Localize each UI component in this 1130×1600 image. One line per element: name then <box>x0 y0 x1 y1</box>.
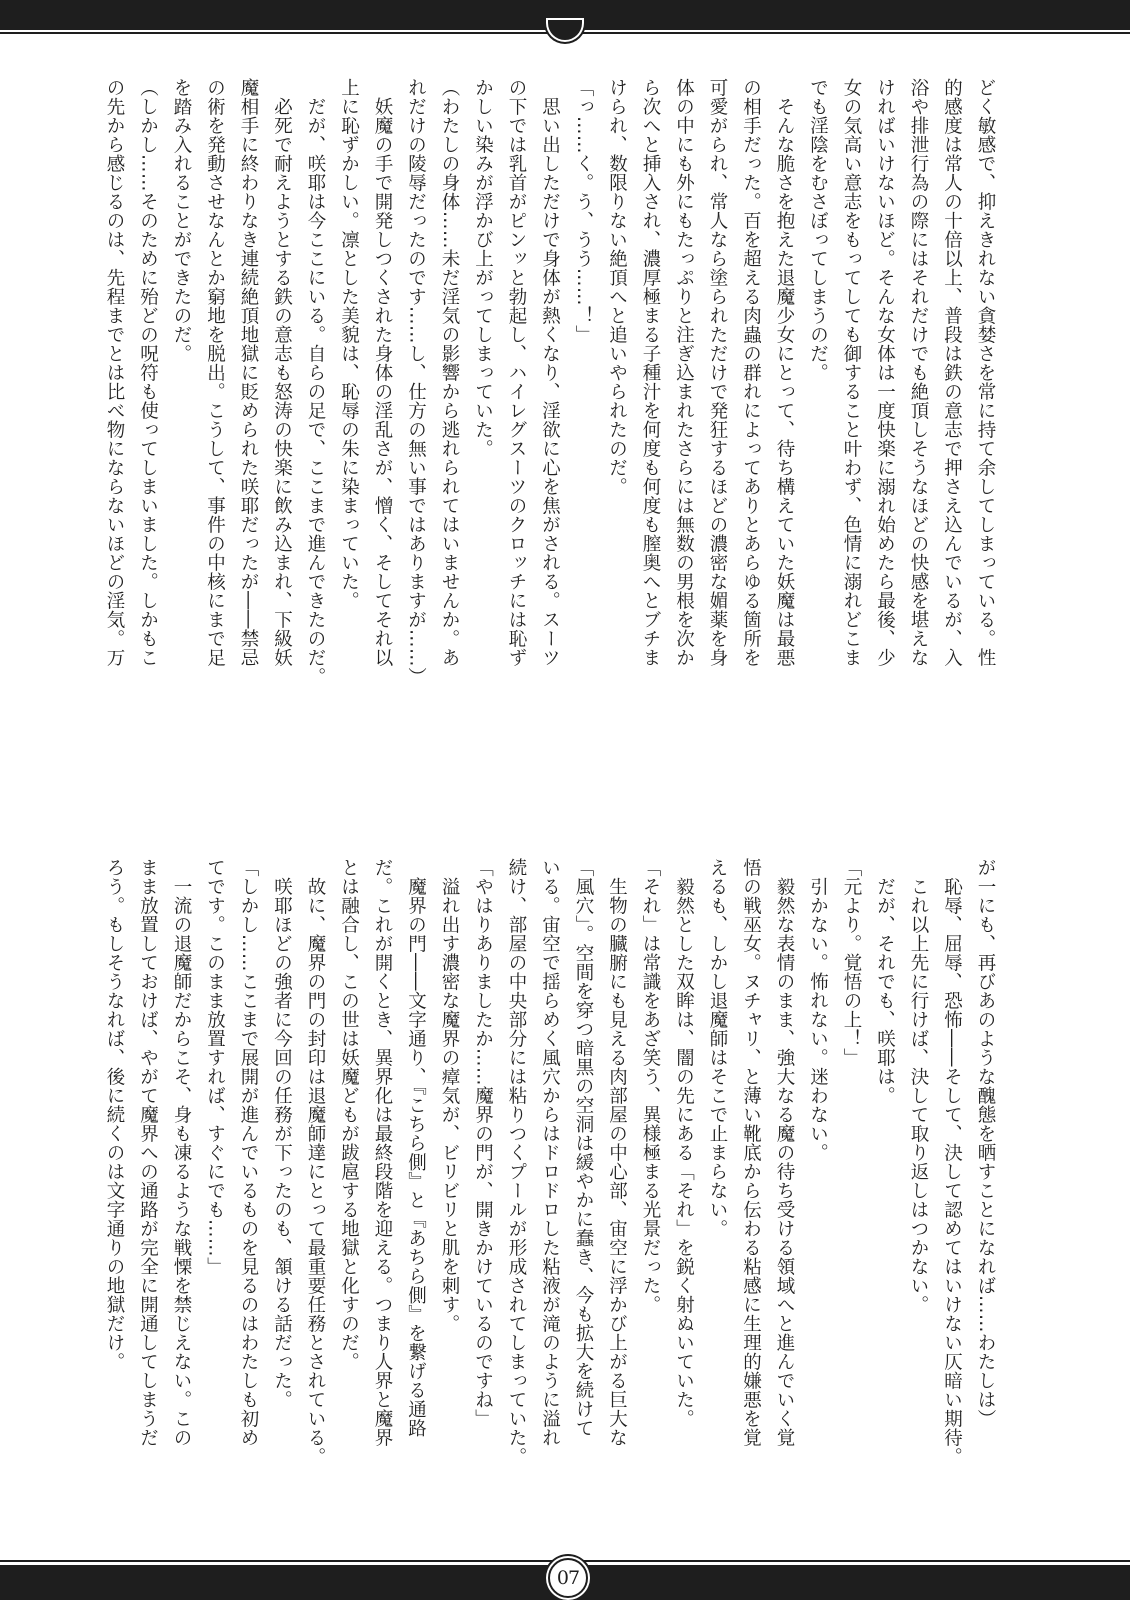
text-line: いる。宙空で揺らめく風穴からはドロドロした粘液が滝のように溢れ <box>533 858 567 1528</box>
text-line: 「元より。覚悟の上！」 <box>835 858 869 1528</box>
text-line: の相手だった。百を超える肉蟲の群れによってありとあらゆる箇所を <box>734 78 768 768</box>
bottom-text-section: が一にも、再びあのような醜態を晒すことになれば……わたしは） 恥辱、屈辱、恐怖―… <box>122 858 1002 1528</box>
text-line: 引かない。怖れない。迷わない。 <box>801 858 835 1528</box>
text-line: を踏み入れることができたのだ。 <box>165 78 199 768</box>
text-line: 「っ……く。う、うう……！」 <box>567 78 601 768</box>
text-line: 生物の臓腑にも見える肉部屋の中心部、宙空に浮かび上がる巨大な <box>600 858 634 1528</box>
text-line: だが、それでも、咲耶は。 <box>868 858 902 1528</box>
text-line: 女の気高い意志をもってしても御すること叶わず、色情に溺れどこま <box>835 78 869 768</box>
text-line: 溢れ出す濃密な魔界の瘴気が、ビリビリと肌を刺す。 <box>433 858 467 1528</box>
text-line: ら次へと挿入され、濃厚極まる子種汁を何度も何度も膣奥へとブチま <box>634 78 668 768</box>
text-line: 体の中にも外にもたっぷりと注ぎ込まれたさらには無数の男根を次か <box>667 78 701 768</box>
text-line: 「しかし……ここまで展開が進んでいるものを見るのはわたしも初め <box>232 858 266 1528</box>
text-line: 必死で耐えようとする鉄の意志も怒涛の快楽に飲み込まれ、下級妖 <box>265 78 299 768</box>
text-line: 悟の戦巫女。ヌチャリ、と薄い靴底から伝わる粘感に生理的嫌悪を覚 <box>734 858 768 1528</box>
text-line: 「それ」は常識をあざ笑う、異様極まる光景だった。 <box>634 858 668 1528</box>
text-line: （わたしの身体……未だ淫気の影響から逃れられてはいませんか。あ <box>433 78 467 768</box>
text-line: 咲耶ほどの強者に今回の任務が下ったのも、頷ける話だった。 <box>265 858 299 1528</box>
text-line: でも淫陰をむさぼってしまうのだ。 <box>801 78 835 768</box>
text-line: これ以上先に行けば、決して取り返しはつかない。 <box>902 858 936 1528</box>
text-line: とは融合し、この世は妖魔どもが跋扈する地獄と化すのだ。 <box>332 858 366 1528</box>
text-line: 毅然とした双眸は、闇の先にある「それ」を鋭く射ぬいていた。 <box>667 858 701 1528</box>
text-line: れだけの陵辱だったのです……し、仕方の無い事ではありますが……） <box>399 78 433 768</box>
text-line: けられ、数限りない絶頂へと追いやられたのだ。 <box>600 78 634 768</box>
text-line: ろう。もしそうなれば、後に続くのは文字通りの地獄だけ。 <box>98 858 132 1528</box>
text-line: まま放置しておけば、やがて魔界への通路が完全に開通してしまうだ <box>131 858 165 1528</box>
text-line: 上に恥ずかしい。凛とした美貌は、恥辱の朱に染まっていた。 <box>332 78 366 768</box>
text-line: 浴や排泄行為の際にはそれだけでも絶頂しそうなほどの快感を堪えな <box>902 78 936 768</box>
text-line: ければいけないほど。そんな女体は一度快楽に溺れ始めたら最後、少 <box>868 78 902 768</box>
text-line: 故に、魔界の門の封印は退魔師達にとって最重要任務とされている。 <box>299 858 333 1528</box>
text-line: 毅然な表情のまま、強大なる魔の待ち受ける領域へと進んでいく覚 <box>768 858 802 1528</box>
text-line: 恥辱、屈辱、恐怖――そして、決して認めてはいけない仄暗い期待。 <box>935 858 969 1528</box>
text-line: 魔界の門――文字通り、『こちら側』と『あちら側』を繋げる通路 <box>399 858 433 1528</box>
text-line: 一流の退魔師だからこそ、身も凍るような戦慄を禁じえない。この <box>165 858 199 1528</box>
text-line: 「風穴」。空間を穿つ暗黒の空洞は緩やかに蠢き、今も拡大を続けて <box>567 858 601 1528</box>
text-line: そんな脆さを抱えた退魔少女にとって、待ち構えていた妖魔は最悪 <box>768 78 802 768</box>
text-line: かしい染みが浮かび上がってしまっていた。 <box>466 78 500 768</box>
text-line: の先から感じるのは、先程までとは比べ物にならないほどの淫気。万 <box>98 78 132 768</box>
text-line: 可愛がられ、常人なら塗られただけで発狂するほどの濃密な媚薬を身 <box>701 78 735 768</box>
text-line: 思い出しただけで身体が熱くなり、淫欲に心を焦がされる。スーツ <box>533 78 567 768</box>
text-line: 的感度は常人の十倍以上、普段は鉄の意志で押さえ込んでいるが、入 <box>935 78 969 768</box>
header-notch-ornament <box>548 20 582 40</box>
text-line: の下では乳首がピンッと勃起し、ハイレグスーツのクロッチには恥ず <box>500 78 534 768</box>
top-text-section: どく敏感で、抑えきれない貪婪さを常に持て余してしまっている。性 的感度は常人の十… <box>122 78 1002 768</box>
text-line: 魔相手に終わりなき連続絶頂地獄に貶められた咲耶だったが――禁忌 <box>232 78 266 768</box>
text-line: 「やはりありましたか……魔界の門が、開きかけているのですね」 <box>466 858 500 1528</box>
text-line: どく敏感で、抑えきれない貪婪さを常に持て余してしまっている。性 <box>969 78 1003 768</box>
text-line: だが、咲耶は今ここにいる。自らの足で、ここまで進んできたのだ。 <box>299 78 333 768</box>
text-line: てです。このまま放置すれば、すぐにでも……」 <box>198 858 232 1528</box>
text-line: （しかし……そのために殆どの呪符も使ってしまいました。しかもこ <box>131 78 165 768</box>
text-line: だ。これが開くとき、異界化は最終段階を迎える。つまり人界と魔界 <box>366 858 400 1528</box>
text-line: 妖魔の手で開発しつくされた身体の淫乱さが、憎く、そしてそれ以 <box>366 78 400 768</box>
text-line: えるも、しかし退魔師はそこで止まらない。 <box>701 858 735 1528</box>
text-line: 続け、部屋の中央部分には粘りつくプールが形成されてしまっていた。 <box>500 858 534 1528</box>
page-number: 07 <box>548 1558 588 1598</box>
text-line: の術を発動させなんとか窮地を脱出。こうして、事件の中核にまで足 <box>198 78 232 768</box>
text-line: が一にも、再びあのような醜態を晒すことになれば……わたしは） <box>969 858 1003 1528</box>
